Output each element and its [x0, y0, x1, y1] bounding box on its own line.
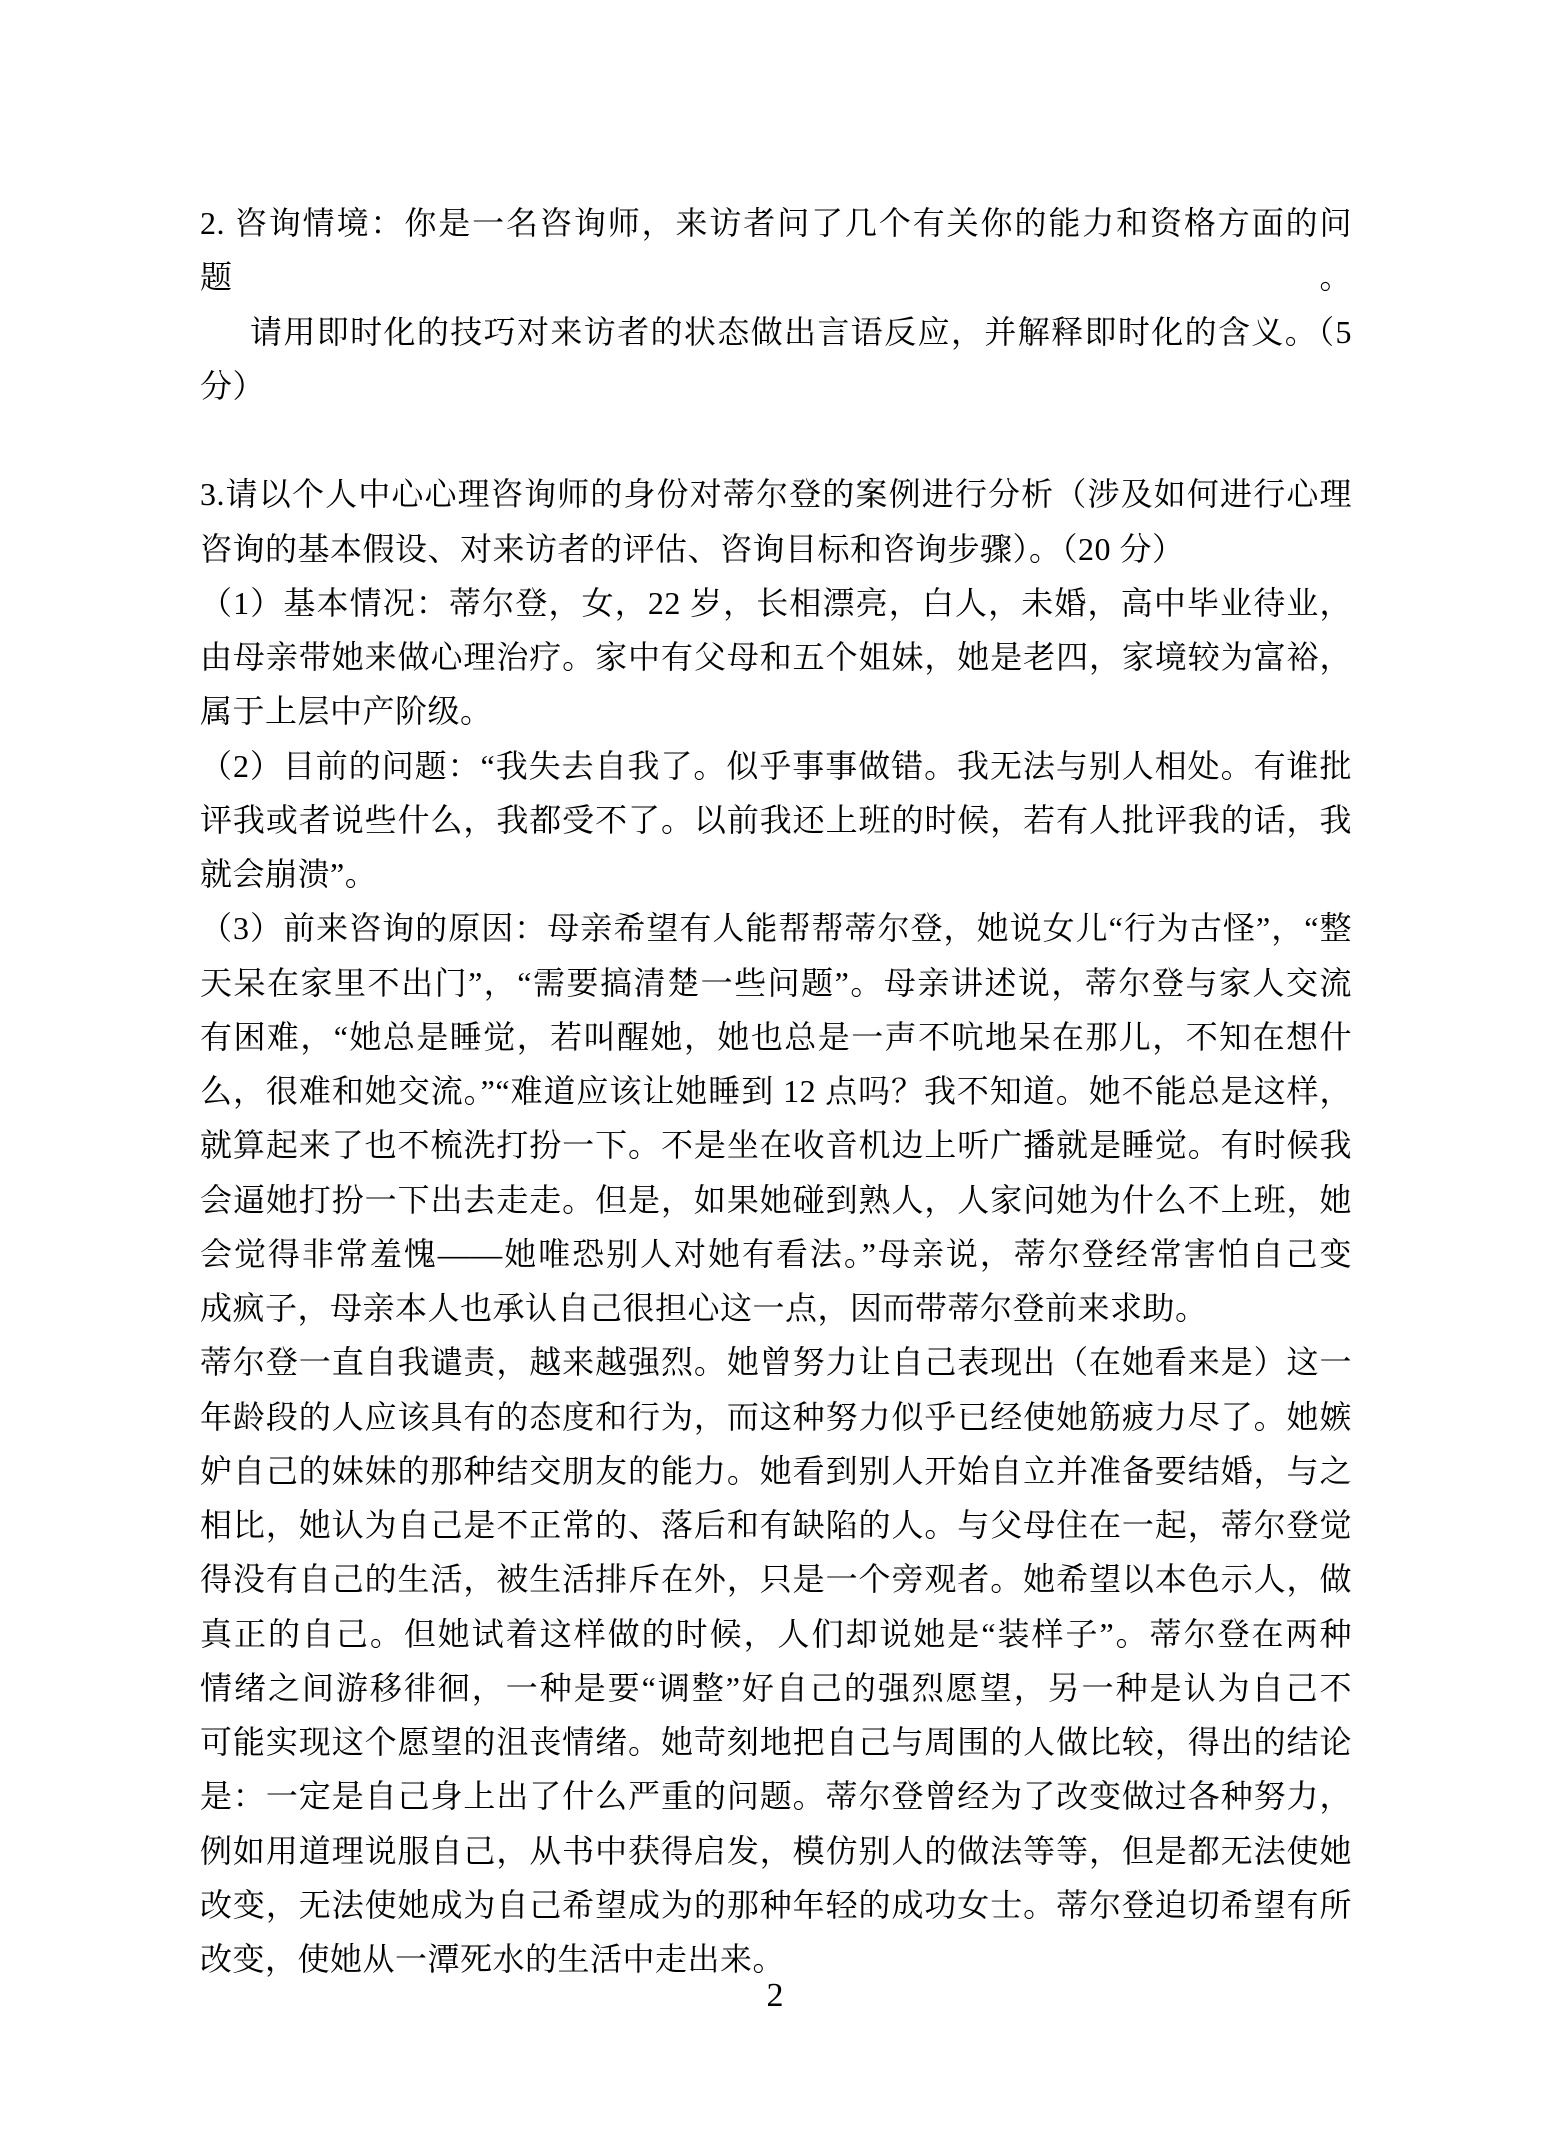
text-line: 2. 咨询情境：你是一名咨询师，来访者问了几个有关你的能力和资格方面的问题。 — [200, 196, 1352, 305]
text-line: 咨询的基本假设、对来访者的评估、咨询目标和咨询步骤）。（20 分） — [200, 522, 1352, 576]
text-line: 蒂尔登一直自我谴责，越来越强烈。她曾努力让自己表现出（在她看来是）这一 — [200, 1335, 1352, 1389]
text-line: （1）基本情况：蒂尔登，女，22 岁，长相漂亮，白人，未婚，高中毕业待业， — [200, 576, 1352, 630]
text-line: 年龄段的人应该具有的态度和行为，而这种努力似乎已经使她筋疲力尽了。她嫉 — [200, 1390, 1352, 1444]
text-line: 天呆在家里不出门”，“需要搞清楚一些问题”。母亲讲述说，蒂尔登与家人交流 — [200, 956, 1352, 1010]
text-line: 情绪之间游移徘徊，一种是要“调整”好自己的强烈愿望，另一种是认为自己不 — [200, 1661, 1352, 1715]
text-line: 得没有自己的生活，被生活排斥在外，只是一个旁观者。她希望以本色示人，做 — [200, 1552, 1352, 1606]
text-line: 属于上层中产阶级。 — [200, 684, 1352, 738]
text-line: 有困难，“她总是睡觉，若叫醒她，她也总是一声不吭地呆在那儿，不知在想什 — [200, 1010, 1352, 1064]
text-line: 相比，她认为自己是不正常的、落后和有缺陷的人。与父母住在一起，蒂尔登觉 — [200, 1498, 1352, 1552]
text-line: 例如用道理说服自己，从书中获得启发，模仿别人的做法等等，但是都无法使她 — [200, 1824, 1352, 1878]
document-body: 2. 咨询情境：你是一名咨询师，来访者问了几个有关你的能力和资格方面的问题。请用… — [200, 196, 1352, 1986]
text-line: 改变，无法使她成为自己希望成为的那种年轻的成功女士。蒂尔登迫切希望有所 — [200, 1878, 1352, 1932]
document-page: 2. 咨询情境：你是一名咨询师，来访者问了几个有关你的能力和资格方面的问题。请用… — [0, 0, 1550, 2150]
text-line: 请用即时化的技巧对来访者的状态做出言语反应，并解释即时化的含义。（5 — [200, 305, 1352, 359]
text-line: 3.请以个人中心心理咨询师的身份对蒂尔登的案例进行分析（涉及如何进行心理 — [200, 467, 1352, 521]
text-line: 可能实现这个愿望的沮丧情绪。她苛刻地把自己与周围的人做比较，得出的结论 — [200, 1715, 1352, 1769]
text-line: 会逼她打扮一下出去走走。但是，如果她碰到熟人，人家问她为什么不上班，她 — [200, 1173, 1352, 1227]
text-line: 分） — [200, 359, 1352, 413]
text-line: 由母亲带她来做心理治疗。家中有父母和五个姐妹，她是老四，家境较为富裕， — [200, 630, 1352, 684]
text-line: 真正的自己。但她试着这样做的时候，人们却说她是“装样子”。蒂尔登在两种 — [200, 1607, 1352, 1661]
text-line: 就会崩溃”。 — [200, 847, 1352, 901]
text-line: 么，很难和她交流。”“难道应该让她睡到 12 点吗？我不知道。她不能总是这样， — [200, 1064, 1352, 1118]
page-number: 2 — [0, 1974, 1550, 2018]
text-line: 成疯子，母亲本人也承认自己很担心这一点，因而带蒂尔登前来求助。 — [200, 1281, 1352, 1335]
text-line: 评我或者说些什么，我都受不了。以前我还上班的时候，若有人批评我的话，我 — [200, 793, 1352, 847]
blank-line — [200, 413, 1352, 467]
text-line: 是：一定是自己身上出了什么严重的问题。蒂尔登曾经为了改变做过各种努力， — [200, 1769, 1352, 1823]
text-line: （2）目前的问题：“我失去自我了。似乎事事做错。我无法与别人相处。有谁批 — [200, 739, 1352, 793]
text-line: 就算起来了也不梳洗打扮一下。不是坐在收音机边上听广播就是睡觉。有时候我 — [200, 1118, 1352, 1172]
text-line: （3）前来咨询的原因：母亲希望有人能帮帮蒂尔登，她说女儿“行为古怪”，“整 — [200, 901, 1352, 955]
text-line: 会觉得非常羞愧——她唯恐别人对她有看法。”母亲说，蒂尔登经常害怕自己变 — [200, 1227, 1352, 1281]
text-line: 妒自己的妹妹的那种结交朋友的能力。她看到别人开始自立并准备要结婚，与之 — [200, 1444, 1352, 1498]
